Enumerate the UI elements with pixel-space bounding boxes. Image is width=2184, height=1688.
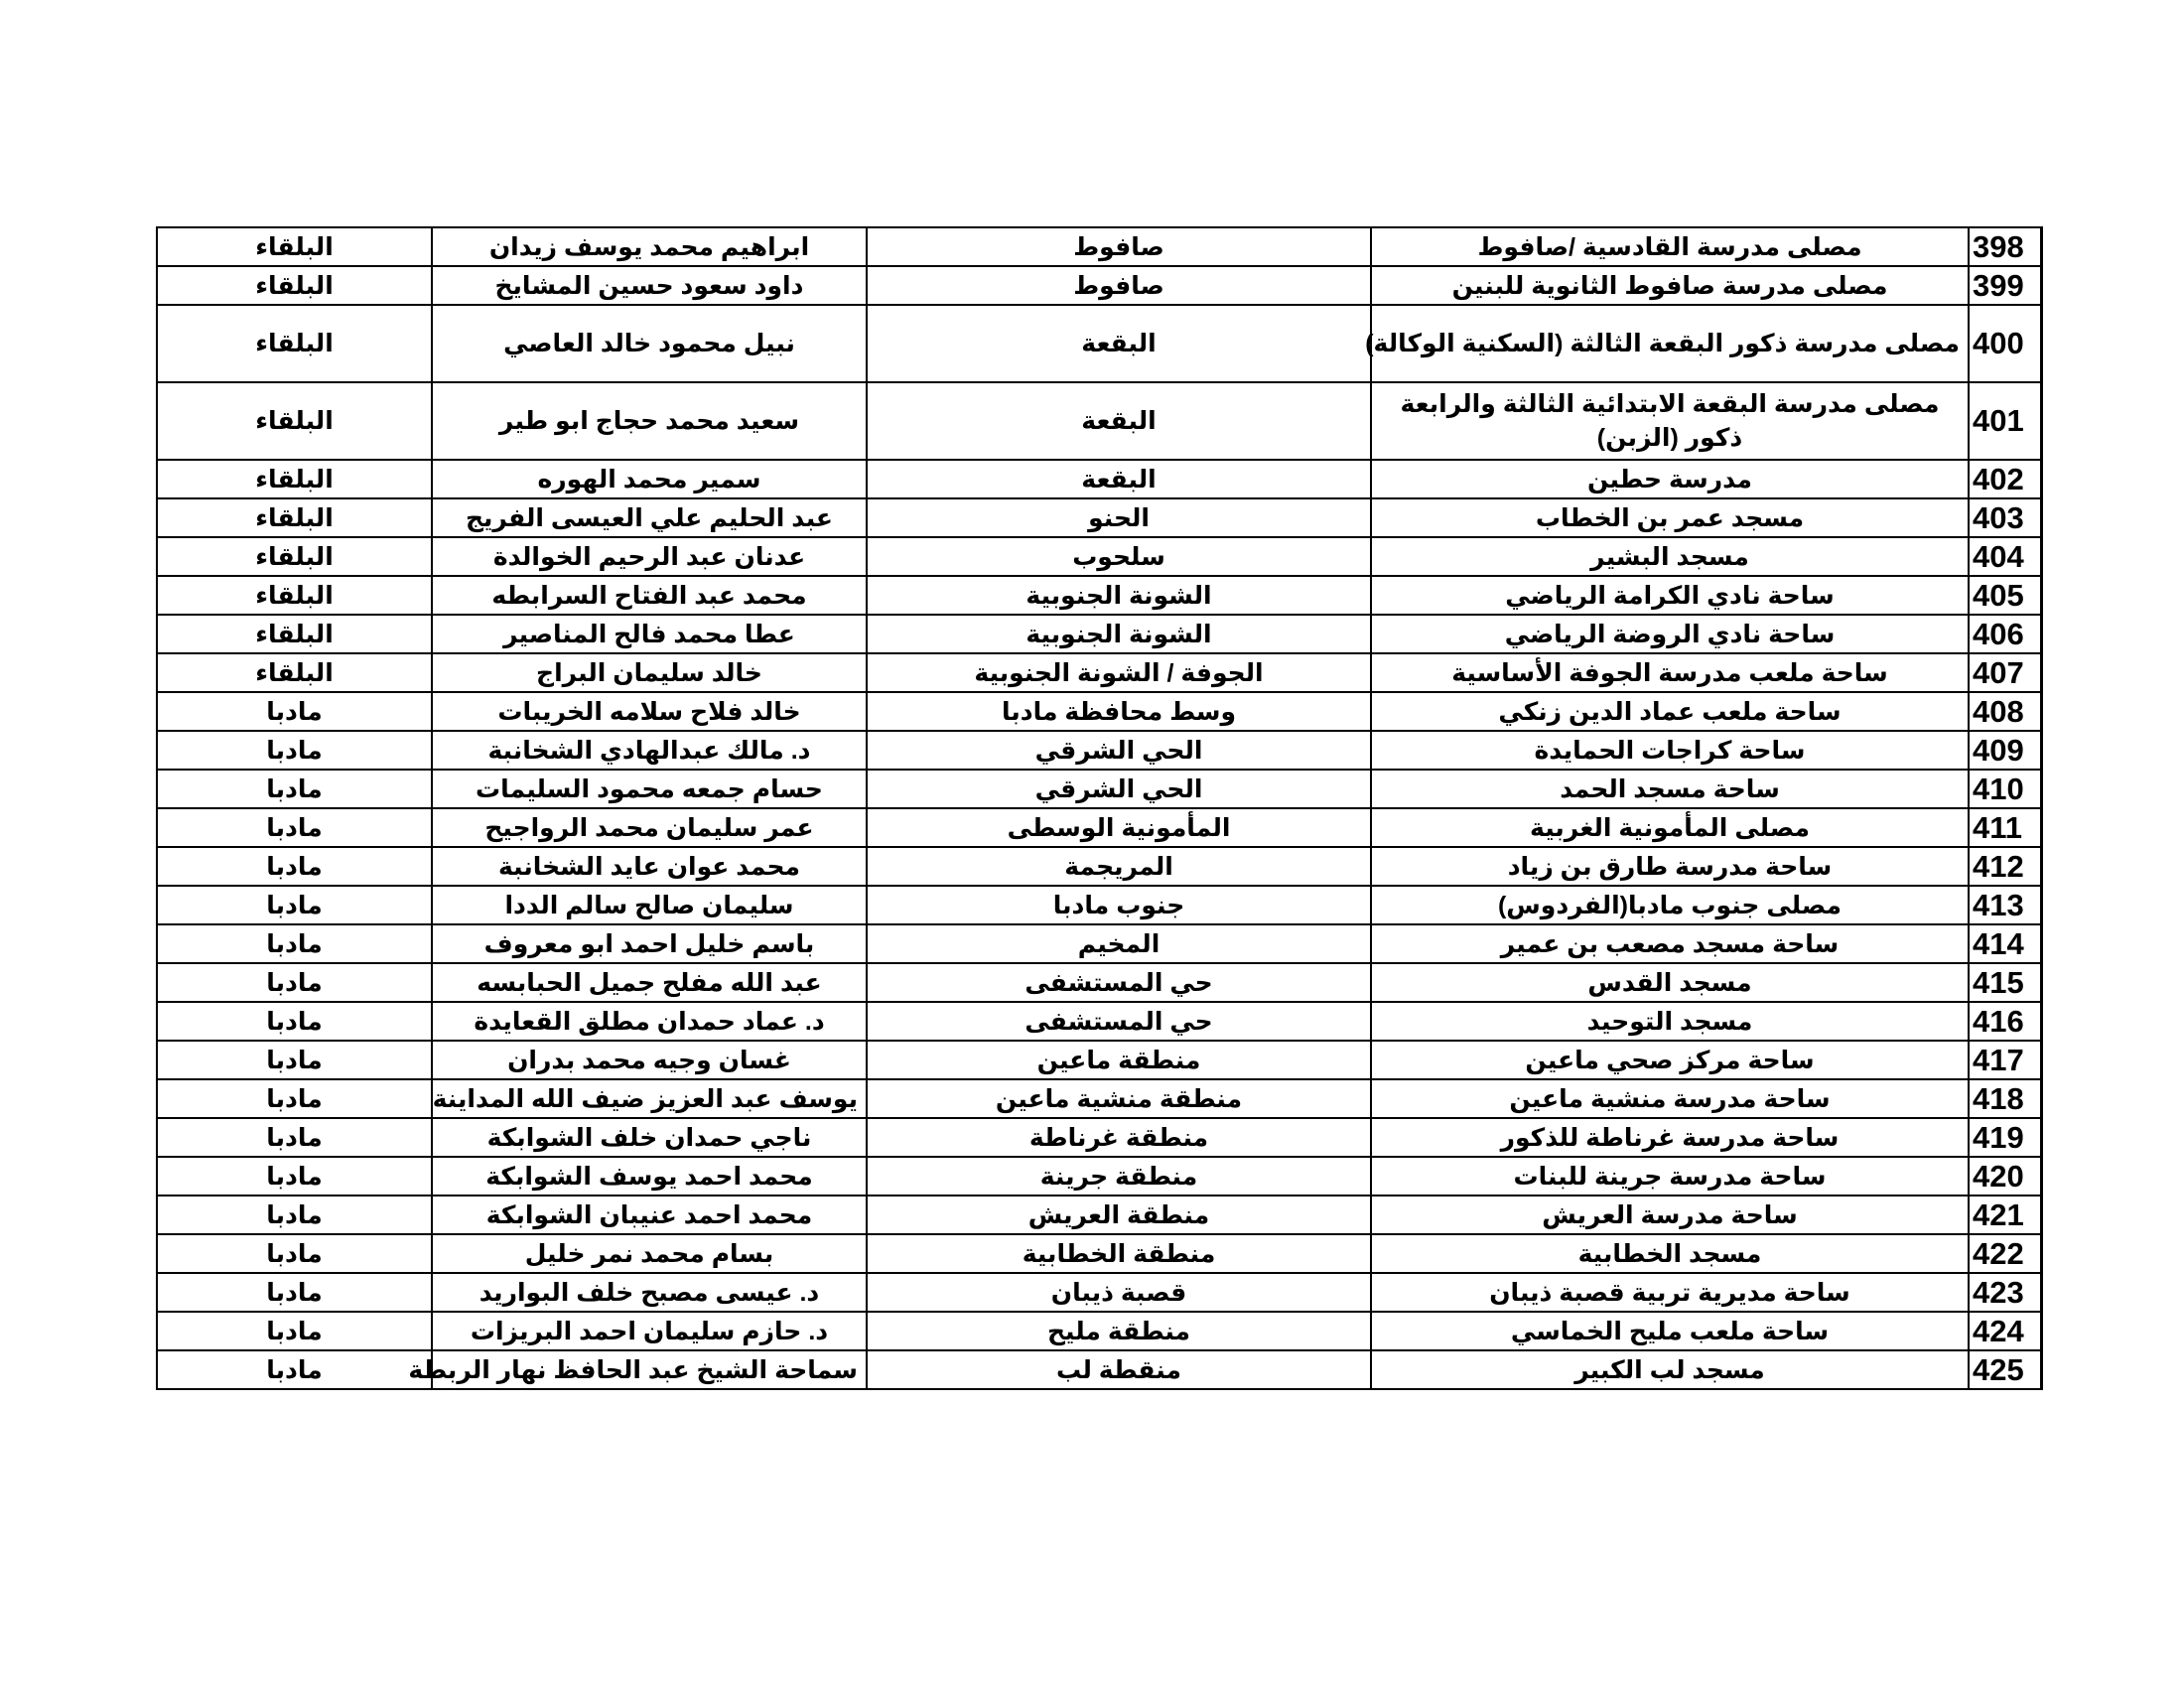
- imam-name-cell: ابراهيم محمد يوسف زيدان: [432, 227, 867, 266]
- row-number-cell: 414: [1969, 924, 2041, 963]
- table-body: البلقاءابراهيم محمد يوسف زيدانصافوطمصلى …: [157, 227, 2041, 1389]
- imam-name-cell: خالد سليمان البراج: [432, 653, 867, 692]
- imam-name-cell: غسان وجيه محمد بدران: [432, 1041, 867, 1079]
- prayer-site-cell: مصلى جنوب مادبا(الفردوس): [1371, 886, 1969, 924]
- row-number-cell: 401: [1969, 382, 2041, 460]
- area-cell: الحي الشرقي: [867, 770, 1371, 808]
- area-cell: المريجمة: [867, 847, 1371, 886]
- governorate-cell: مادبا: [157, 1118, 432, 1157]
- governorate-cell: مادبا: [157, 1234, 432, 1273]
- imam-name-cell: ناجي حمدان خلف الشوابكة: [432, 1118, 867, 1157]
- area-cell: سلحوب: [867, 537, 1371, 576]
- prayer-site-cell: مصلى المأمونية الغربية: [1371, 808, 1969, 847]
- area-cell: الجوفة / الشونة الجنوبية: [867, 653, 1371, 692]
- table-row: البلقاءخالد سليمان البراجالجوفة / الشونة…: [157, 653, 2041, 692]
- governorate-cell: مادبا: [157, 808, 432, 847]
- row-number-cell: 406: [1969, 615, 2041, 653]
- governorate-cell: مادبا: [157, 963, 432, 1002]
- row-number-cell: 416: [1969, 1002, 2041, 1041]
- governorate-cell: مادبا: [157, 1002, 432, 1041]
- row-number-cell: 404: [1969, 537, 2041, 576]
- prayer-site-cell: ساحة مدرسة غرناطة للذكور: [1371, 1118, 1969, 1157]
- area-cell: منطقة منشية ماعين: [867, 1079, 1371, 1118]
- area-cell: منطقة مليح: [867, 1312, 1371, 1350]
- imam-name-cell: عطا محمد فالح المناصير: [432, 615, 867, 653]
- area-cell: البقعة: [867, 305, 1371, 382]
- governorate-cell: مادبا: [157, 1196, 432, 1234]
- governorate-cell: مادبا: [157, 847, 432, 886]
- prayer-site-cell: مسجد التوحيد: [1371, 1002, 1969, 1041]
- imam-name-cell: محمد احمد يوسف الشوابكة: [432, 1157, 867, 1196]
- prayer-site-cell: ساحة مسجد مصعب بن عمير: [1371, 924, 1969, 963]
- prayer-site-cell: ساحة مدرسة جرينة للبنات: [1371, 1157, 1969, 1196]
- row-number-cell: 417: [1969, 1041, 2041, 1079]
- area-cell: البقعة: [867, 460, 1371, 498]
- prayer-site-cell: مصلى مدرسة صافوط الثانوية للبنين: [1371, 266, 1969, 305]
- prayer-site-cell: مدرسة حطين: [1371, 460, 1969, 498]
- prayer-site-cell: ساحة مدرسة العريش: [1371, 1196, 1969, 1234]
- area-cell: وسط محافظة مادبا: [867, 692, 1371, 731]
- governorate-cell: البلقاء: [157, 653, 432, 692]
- governorate-cell: البلقاء: [157, 615, 432, 653]
- prayer-site-cell: ساحة ملعب مليح الخماسي: [1371, 1312, 1969, 1350]
- prayer-site-cell: ساحة مسجد الحمد: [1371, 770, 1969, 808]
- table-row: البلقاءسمير محمد الهورهالبقعةمدرسة حطين4…: [157, 460, 2041, 498]
- prayer-site-cell: مسجد لب الكبير: [1371, 1350, 1969, 1389]
- area-cell: جنوب مادبا: [867, 886, 1371, 924]
- governorate-cell: مادبا: [157, 1350, 432, 1389]
- imam-name-cell: عبد الله مفلح جميل الحبابسه: [432, 963, 867, 1002]
- imam-name-cell: د. حازم سليمان احمد البريزات: [432, 1312, 867, 1350]
- area-cell: المخيم: [867, 924, 1371, 963]
- area-cell: حي المستشفى: [867, 1002, 1371, 1041]
- prayer-site-cell: ساحة ملعب عماد الدين زنكي: [1371, 692, 1969, 731]
- prayer-site-cell: مصلى مدرسة القادسية /صافوط: [1371, 227, 1969, 266]
- table-row: مادباناجي حمدان خلف الشوابكةمنطقة غرناطة…: [157, 1118, 2041, 1157]
- row-number-cell: 420: [1969, 1157, 2041, 1196]
- row-number-cell: 415: [1969, 963, 2041, 1002]
- imam-name-cell: عدنان عبد الرحيم الخوالدة: [432, 537, 867, 576]
- row-number-cell: 421: [1969, 1196, 2041, 1234]
- table-row: البلقاءنبيل محمود خالد العاصيالبقعةمصلى …: [157, 305, 2041, 382]
- governorate-cell: البلقاء: [157, 227, 432, 266]
- imam-name-cell: داود سعود حسين المشايخ: [432, 266, 867, 305]
- table-row: مادبايوسف عبد العزيز ضيف الله المداينةمن…: [157, 1079, 2041, 1118]
- table-row: البلقاءعدنان عبد الرحيم الخوالدةسلحوبمسج…: [157, 537, 2041, 576]
- area-cell: الشونة الجنوبية: [867, 615, 1371, 653]
- table-row: مادباحسام جمعه محمود السليماتالحي الشرقي…: [157, 770, 2041, 808]
- governorate-cell: مادبا: [157, 1273, 432, 1312]
- document-page: البلقاءابراهيم محمد يوسف زيدانصافوطمصلى …: [0, 0, 2184, 1688]
- row-number-cell: 398: [1969, 227, 2041, 266]
- imam-name-cell: د. مالك عبدالهادي الشخانبة: [432, 731, 867, 770]
- imam-name-cell: باسم خليل احمد ابو معروف: [432, 924, 867, 963]
- imam-name-cell: سمير محمد الهوره: [432, 460, 867, 498]
- imam-name-cell: حسام جمعه محمود السليمات: [432, 770, 867, 808]
- table-row: مادباسليمان صالح سالم الدداجنوب مادبامصل…: [157, 886, 2041, 924]
- row-number-cell: 407: [1969, 653, 2041, 692]
- prayer-site-cell: ساحة كراجات الحمايدة: [1371, 731, 1969, 770]
- prayer-site-cell: ساحة مركز صحي ماعين: [1371, 1041, 1969, 1079]
- table-row: مادباسماحة الشيخ عبد الحافظ نهار الربطةم…: [157, 1350, 2041, 1389]
- prayer-site-cell: ساحة نادي الكرامة الرياضي: [1371, 576, 1969, 615]
- imam-name-cell: يوسف عبد العزيز ضيف الله المداينة: [432, 1079, 867, 1118]
- imam-name-cell: محمد عبد الفتاح السرابطه: [432, 576, 867, 615]
- table-row: البلقاءعطا محمد فالح المناصيرالشونة الجن…: [157, 615, 2041, 653]
- prayer-site-cell: مسجد البشير: [1371, 537, 1969, 576]
- governorate-cell: مادبا: [157, 731, 432, 770]
- area-cell: منطقة جرينة: [867, 1157, 1371, 1196]
- area-cell: منقطة لب: [867, 1350, 1371, 1389]
- governorate-cell: مادبا: [157, 1079, 432, 1118]
- table-row: مادباعمر سليمان محمد الرواجيحالمأمونية ا…: [157, 808, 2041, 847]
- governorate-cell: مادبا: [157, 1157, 432, 1196]
- governorate-cell: مادبا: [157, 770, 432, 808]
- table-row: مادباباسم خليل احمد ابو معروفالمخيمساحة …: [157, 924, 2041, 963]
- table-row: مادباد. عيسى مصبح خلف البواريدقصبة ذيبان…: [157, 1273, 2041, 1312]
- governorate-cell: مادبا: [157, 1312, 432, 1350]
- imam-name-cell: عمر سليمان محمد الرواجيح: [432, 808, 867, 847]
- row-number-cell: 418: [1969, 1079, 2041, 1118]
- prayer-site-cell: ساحة ملعب مدرسة الجوفة الأساسية: [1371, 653, 1969, 692]
- table-row: مادباخالد فلاح سلامه الخريباتوسط محافظة …: [157, 692, 2041, 731]
- governorate-cell: البلقاء: [157, 460, 432, 498]
- governorate-cell: البلقاء: [157, 305, 432, 382]
- row-number-cell: 399: [1969, 266, 2041, 305]
- table-row: مادبامحمد احمد يوسف الشوابكةمنطقة جرينةس…: [157, 1157, 2041, 1196]
- area-cell: منطقة العريش: [867, 1196, 1371, 1234]
- table-row: البلقاءعبد الحليم علي العيسى الفريجالحنو…: [157, 498, 2041, 537]
- row-number-cell: 413: [1969, 886, 2041, 924]
- area-cell: الحي الشرقي: [867, 731, 1371, 770]
- row-number-cell: 423: [1969, 1273, 2041, 1312]
- area-cell: صافوط: [867, 266, 1371, 305]
- row-number-cell: 422: [1969, 1234, 2041, 1273]
- area-cell: منطقة غرناطة: [867, 1118, 1371, 1157]
- area-cell: منطقة ماعين: [867, 1041, 1371, 1079]
- governorate-cell: مادبا: [157, 1041, 432, 1079]
- table-row: البلقاءمحمد عبد الفتاح السرابطهالشونة ال…: [157, 576, 2041, 615]
- prayer-site-cell: ساحة مدرسة منشية ماعين: [1371, 1079, 1969, 1118]
- imam-name-cell: محمد عوان عايد الشخانبة: [432, 847, 867, 886]
- table-row: مادبابسام محمد نمر خليلمنطقة الخطابيةمسج…: [157, 1234, 2041, 1273]
- area-cell: الشونة الجنوبية: [867, 576, 1371, 615]
- table-row: مادباد. عماد حمدان مطلق القعايدةحي المست…: [157, 1002, 2041, 1041]
- table-row: مادباغسان وجيه محمد بدرانمنطقة ماعينساحة…: [157, 1041, 2041, 1079]
- row-number-cell: 410: [1969, 770, 2041, 808]
- row-number-cell: 425: [1969, 1350, 2041, 1389]
- row-number-cell: 402: [1969, 460, 2041, 498]
- governorate-cell: البلقاء: [157, 498, 432, 537]
- area-cell: قصبة ذيبان: [867, 1273, 1371, 1312]
- imam-name-cell: د. عماد حمدان مطلق القعايدة: [432, 1002, 867, 1041]
- table-row: مادباد. حازم سليمان احمد البريزاتمنطقة م…: [157, 1312, 2041, 1350]
- imam-name-cell: خالد فلاح سلامه الخريبات: [432, 692, 867, 731]
- row-number-cell: 403: [1969, 498, 2041, 537]
- row-number-cell: 411: [1969, 808, 2041, 847]
- prayer-site-cell: مسجد الخطابية: [1371, 1234, 1969, 1273]
- governorate-cell: مادبا: [157, 692, 432, 731]
- governorate-cell: البلقاء: [157, 537, 432, 576]
- imam-name-cell: سعيد محمد حجاج ابو طير: [432, 382, 867, 460]
- prayer-site-cell: ساحة مديرية تربية قصبة ذيبان: [1371, 1273, 1969, 1312]
- row-number-cell: 408: [1969, 692, 2041, 731]
- prayer-site-cell: مصلى مدرسة البقعة الابتدائية الثالثة وال…: [1371, 382, 1969, 460]
- area-cell: منطقة الخطابية: [867, 1234, 1371, 1273]
- imam-name-cell: سماحة الشيخ عبد الحافظ نهار الربطة: [432, 1350, 867, 1389]
- table-row: مادباعبد الله مفلح جميل الحبابسهحي المست…: [157, 963, 2041, 1002]
- imam-name-cell: د. عيسى مصبح خلف البواريد: [432, 1273, 867, 1312]
- imam-name-cell: بسام محمد نمر خليل: [432, 1234, 867, 1273]
- table-row: مادبامحمد عوان عايد الشخانبةالمريجمةساحة…: [157, 847, 2041, 886]
- area-cell: صافوط: [867, 227, 1371, 266]
- area-cell: حي المستشفى: [867, 963, 1371, 1002]
- row-number-cell: 412: [1969, 847, 2041, 886]
- imam-name-cell: نبيل محمود خالد العاصي: [432, 305, 867, 382]
- governorate-cell: البلقاء: [157, 576, 432, 615]
- imam-name-cell: عبد الحليم علي العيسى الفريج: [432, 498, 867, 537]
- row-number-cell: 400: [1969, 305, 2041, 382]
- area-cell: الحنو: [867, 498, 1371, 537]
- governorate-cell: البلقاء: [157, 266, 432, 305]
- prayer-site-cell: مصلى مدرسة ذكور البقعة الثالثة (السكنية …: [1371, 305, 1969, 382]
- imam-name-cell: محمد احمد عنيبان الشوابكة: [432, 1196, 867, 1234]
- row-number-cell: 409: [1969, 731, 2041, 770]
- table-row: البلقاءابراهيم محمد يوسف زيدانصافوطمصلى …: [157, 227, 2041, 266]
- row-number-cell: 419: [1969, 1118, 2041, 1157]
- row-number-cell: 424: [1969, 1312, 2041, 1350]
- imam-name-cell: سليمان صالح سالم الددا: [432, 886, 867, 924]
- area-cell: البقعة: [867, 382, 1371, 460]
- area-cell: المأمونية الوسطى: [867, 808, 1371, 847]
- prayer-sites-table: البلقاءابراهيم محمد يوسف زيدانصافوطمصلى …: [156, 226, 2043, 1390]
- prayer-site-cell: ساحة نادي الروضة الرياضي: [1371, 615, 1969, 653]
- table-row: البلقاءسعيد محمد حجاج ابو طيرالبقعةمصلى …: [157, 382, 2041, 460]
- prayer-site-cell: ساحة مدرسة طارق بن زياد: [1371, 847, 1969, 886]
- governorate-cell: مادبا: [157, 886, 432, 924]
- governorate-cell: مادبا: [157, 924, 432, 963]
- row-number-cell: 405: [1969, 576, 2041, 615]
- table-row: البلقاءداود سعود حسين المشايخصافوطمصلى م…: [157, 266, 2041, 305]
- governorate-cell: البلقاء: [157, 382, 432, 460]
- table-row: مادبامحمد احمد عنيبان الشوابكةمنطقة العر…: [157, 1196, 2041, 1234]
- prayer-site-cell: مسجد القدس: [1371, 963, 1969, 1002]
- prayer-site-cell: مسجد عمر بن الخطاب: [1371, 498, 1969, 537]
- table-row: مادباد. مالك عبدالهادي الشخانبةالحي الشر…: [157, 731, 2041, 770]
